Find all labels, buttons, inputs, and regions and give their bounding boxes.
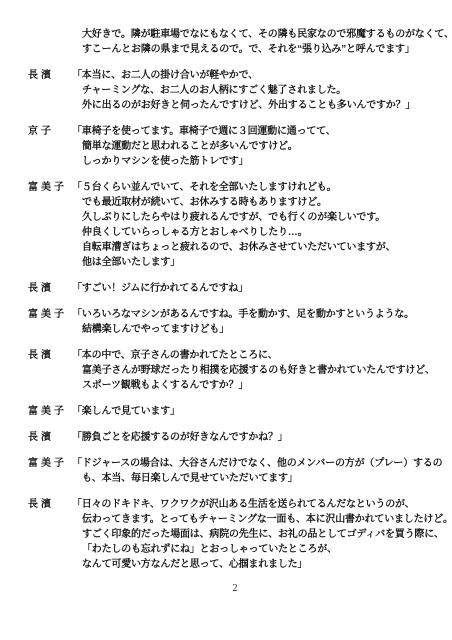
dialogue-line: でも最近取材が続いて、お休みする時もありますけど。 <box>82 195 442 210</box>
dialogue-line: 外に出るのがお好きと伺ったんですけど、外出することも多いんですか？」 <box>82 98 442 113</box>
dialogue-line: スポーツ観戦もよくするんですか？」 <box>82 378 442 393</box>
dialogue-block: 大好きで。隣が駐車場でなにもなくて、その隣も民家なので邪魔するものがなくて、すこ… <box>28 27 442 57</box>
dialogue-line: も、本当、毎日楽しんで見せていただいてます」 <box>82 471 442 486</box>
dialogue-block: 富美子 「５台くらい並んでいて、それを全部いたしますけれども。でも最近取材が続い… <box>28 180 442 270</box>
dialogue-line: 伝わってきます。とってもチャーミングな一面も、本に沢山書かれていましたけど。 <box>82 512 442 527</box>
dialogue-text: 「本の中で、京子さんの書かれてたところに、富美子さんが野球だったり相撲を応援する… <box>72 348 442 393</box>
dialogue-line: 「ドジャースの場合は、大谷さんだけでなく、他のメンバーの方が（プレー）するの <box>82 456 442 471</box>
dialogue-line: 自転車漕ぎはちょっと疲れるので、お休みさせていただいていますが、 <box>82 240 442 255</box>
speaker-name: 長濱 <box>28 497 72 512</box>
dialogue-line: 簡単な運動だと思われることが多いんですけど。 <box>82 139 442 154</box>
speaker-name: 長濱 <box>28 430 72 445</box>
dialogue-line: 「わたしのも忘れずにね」とおっしゃっていたところが、 <box>82 542 442 557</box>
speaker-name: 富美子 <box>28 456 72 471</box>
dialogue-block: 長濱 「本当に、お二人の掛け合いが軽やかで、チャーミングな、お二人のお人柄にすご… <box>28 68 442 113</box>
dialogue-line: 「楽しんで見ています」 <box>82 404 442 419</box>
dialogue-line: なんて可愛い方なんだと思って、心掴まれました」 <box>82 557 442 572</box>
speaker-name: 富美子 <box>28 180 72 195</box>
speaker-name: 長濱 <box>28 348 72 363</box>
dialogue-line: すこーんとお隣の県まで見えるので。で、それを“張り込み”と呼んでます」 <box>82 42 442 57</box>
dialogue-line: 「５台くらい並んでいて、それを全部いたしますけれども。 <box>82 180 442 195</box>
dialogue-block: 長濱 「本の中で、京子さんの書かれてたところに、富美子さんが野球だったり相撲を応… <box>28 348 442 393</box>
dialogue-block: 長濱 「すごい！ジムに行かれてるんですね」 <box>28 281 442 296</box>
dialogue-line: 仲良くしていらっしゃる方とおしゃべりしたり…。 <box>82 225 442 240</box>
speaker-name: 富美子 <box>28 404 72 419</box>
dialogue-text: 「すごい！ジムに行かれてるんですね」 <box>72 281 442 296</box>
dialogue-block: 長濱 「日々のドキドキ、ワクワクが沢山ある生活を送られてるんだなというのが、伝わ… <box>28 497 442 572</box>
dialogue-text: 「車椅子を使ってます。車椅子で週に３回運動に通ってて、簡単な運動だと思われること… <box>72 124 442 169</box>
interview-transcript: 大好きで。隣が駐車場でなにもなくて、その隣も民家なので邪魔するものがなくて、すこ… <box>28 27 442 572</box>
dialogue-line: 結構楽しんでやってますけども」 <box>82 322 442 337</box>
dialogue-line: 他は全部いたします」 <box>82 255 442 270</box>
dialogue-block: 長濱 「勝負ごとを応援するのが好きなんですかね？」 <box>28 430 442 445</box>
dialogue-block: 京子 「車椅子を使ってます。車椅子で週に３回運動に通ってて、簡単な運動だと思われ… <box>28 124 442 169</box>
dialogue-line: 「日々のドキドキ、ワクワクが沢山ある生活を送られてるんだなというのが、 <box>82 497 442 512</box>
dialogue-text: 「いろいろなマシンがあるんですね。手を動かす、足を動かすというような。結構楽しん… <box>72 307 442 337</box>
dialogue-line: 「本の中で、京子さんの書かれてたところに、 <box>82 348 442 363</box>
page-number: 2 <box>28 583 442 594</box>
dialogue-block: 富美子 「楽しんで見ています」 <box>28 404 442 419</box>
dialogue-text: 「本当に、お二人の掛け合いが軽やかで、チャーミングな、お二人のお人柄にすごく魅了… <box>72 68 442 113</box>
dialogue-text: 「楽しんで見ています」 <box>72 404 442 419</box>
dialogue-text: 「日々のドキドキ、ワクワクが沢山ある生活を送られてるんだなというのが、伝わってき… <box>72 497 442 572</box>
dialogue-line: 久しぶりにしたらやはり疲れるんですが、でも行くのが楽しいです。 <box>82 210 442 225</box>
speaker-name: 長濱 <box>28 68 72 83</box>
dialogue-line: 富美子さんが野球だったり相撲を応援するのも好きと書かれていたんですけど、 <box>82 363 442 378</box>
dialogue-line: 大好きで。隣が駐車場でなにもなくて、その隣も民家なので邪魔するものがなくて、 <box>82 27 442 42</box>
dialogue-block: 富美子 「いろいろなマシンがあるんですね。手を動かす、足を動かすというような。結… <box>28 307 442 337</box>
dialogue-line: すごく印象的だった場面は、病院の先生に、お礼の品としてゴディバを買う際に、 <box>82 527 442 542</box>
dialogue-line: 「勝負ごとを応援するのが好きなんですかね？」 <box>82 430 442 445</box>
dialogue-text: 「勝負ごとを応援するのが好きなんですかね？」 <box>72 430 442 445</box>
dialogue-line: 「すごい！ジムに行かれてるんですね」 <box>82 281 442 296</box>
speaker-name: 富美子 <box>28 307 72 322</box>
document-page: 大好きで。隣が駐車場でなにもなくて、その隣も民家なので邪魔するものがなくて、すこ… <box>0 0 452 640</box>
dialogue-line: 「いろいろなマシンがあるんですね。手を動かす、足を動かすというような。 <box>82 307 442 322</box>
dialogue-text: 「５台くらい並んでいて、それを全部いたしますけれども。でも最近取材が続いて、お休… <box>72 180 442 270</box>
dialogue-line: しっかりマシンを使った筋トレです」 <box>82 154 442 169</box>
dialogue-line: 「車椅子を使ってます。車椅子で週に３回運動に通ってて、 <box>82 124 442 139</box>
dialogue-text: 大好きで。隣が駐車場でなにもなくて、その隣も民家なので邪魔するものがなくて、すこ… <box>72 27 442 57</box>
speaker-name: 長濱 <box>28 281 72 296</box>
dialogue-line: 「本当に、お二人の掛け合いが軽やかで、 <box>82 68 442 83</box>
dialogue-block: 富美子 「ドジャースの場合は、大谷さんだけでなく、他のメンバーの方が（プレー）す… <box>28 456 442 486</box>
speaker-name: 京子 <box>28 124 72 139</box>
dialogue-line: チャーミングな、お二人のお人柄にすごく魅了されました。 <box>82 83 442 98</box>
dialogue-text: 「ドジャースの場合は、大谷さんだけでなく、他のメンバーの方が（プレー）するのも、… <box>72 456 442 486</box>
